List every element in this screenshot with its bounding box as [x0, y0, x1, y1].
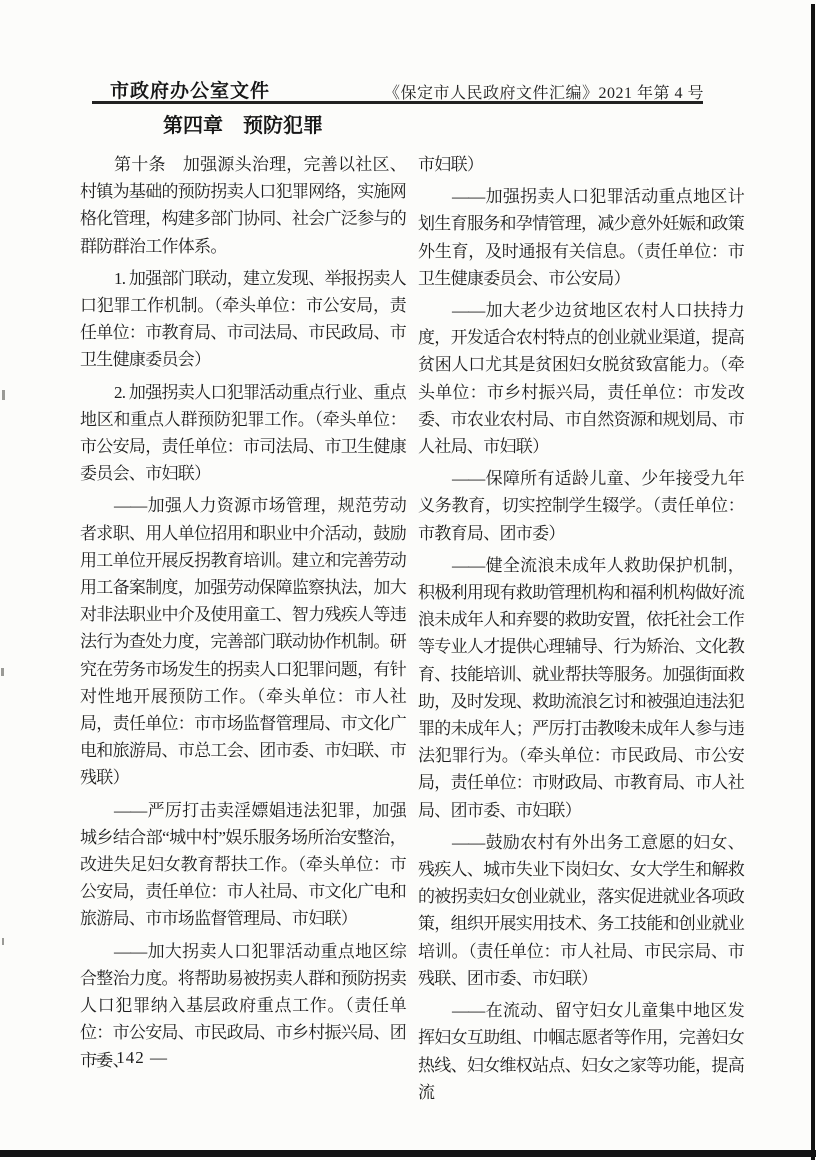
paragraph: ——加强拐卖人口犯罪活动重点地区计划生育服务和孕情管理，减少意外妊娠和政策外生育…	[418, 183, 744, 292]
paragraph: 2. 加强拐卖人口犯罪活动重点行业、重点地区和重点人群预防犯罪工作。（牵头单位：…	[80, 379, 406, 488]
header-divider-rule	[92, 101, 703, 104]
paragraph: ——加大老少边贫地区农村人口扶持力度，开发适合农村特点的创业就业渠道，提高贫困人…	[418, 297, 744, 460]
paragraph: ——加强人力资源市场管理，规范劳动者求职、用人单位招用和职业中介活动，鼓励用工单…	[80, 492, 406, 791]
scan-speckle	[2, 390, 5, 400]
right-column: 市妇联） ——加强拐卖人口犯罪活动重点地区计划生育服务和孕情管理，减少意外妊娠和…	[418, 112, 744, 1106]
paragraph: 1. 加强部门联动，建立发现、举报拐卖人口犯罪工作机制。（牵头单位：市公安局，责…	[80, 265, 406, 374]
header-right-title: 《保定市人民政府文件汇编》2021 年第 4 号	[384, 80, 704, 103]
scan-edge-line-right	[811, 4, 815, 1160]
paragraph: ——严厉打击卖淫嫖娼违法犯罪，加强城乡结合部“城中村”娱乐服务场所治安整治，改进…	[80, 797, 406, 933]
paragraph-continuation: 市妇联）	[418, 151, 744, 178]
scan-edge-bar-bottom	[0, 1150, 816, 1157]
scan-speckle	[2, 938, 4, 945]
paragraph: ——健全流浪未成年人救助保护机制，积极利用现有救助管理机构和福利机构做好流浪未成…	[418, 552, 744, 824]
chapter-title: 第四章 预防犯罪	[80, 112, 406, 140]
scan-speckle	[1, 668, 4, 676]
paragraph: ——鼓励农村有外出务工意愿的妇女、残疾人、城市失业下岗妇女、女大学生和解救的被拐…	[418, 829, 744, 992]
paragraph: 第十条 加强源头治理，完善以社区、村镇为基础的预防拐卖人口犯罪网络，实施网格化管…	[80, 151, 406, 260]
left-column: 第四章 预防犯罪 第十条 加强源头治理，完善以社区、村镇为基础的预防拐卖人口犯罪…	[80, 112, 406, 1106]
paragraph: ——保障所有适龄儿童、少年接受九年义务教育，切实控制学生辍学。（责任单位：市教育…	[418, 465, 744, 547]
header-left-title: 市政府办公室文件	[110, 76, 270, 103]
scanned-document-page: 市政府办公室文件 《保定市人民政府文件汇编》2021 年第 4 号 第四章 预防…	[0, 0, 816, 1160]
paragraph: ——在流动、留守妇女儿童集中地区发挥妇女互助组、巾帼志愿者等作用，完善妇女热线、…	[418, 997, 744, 1106]
page-number: — 142 —	[93, 1048, 168, 1068]
document-body: 第四章 预防犯罪 第十条 加强源头治理，完善以社区、村镇为基础的预防拐卖人口犯罪…	[80, 112, 744, 1106]
